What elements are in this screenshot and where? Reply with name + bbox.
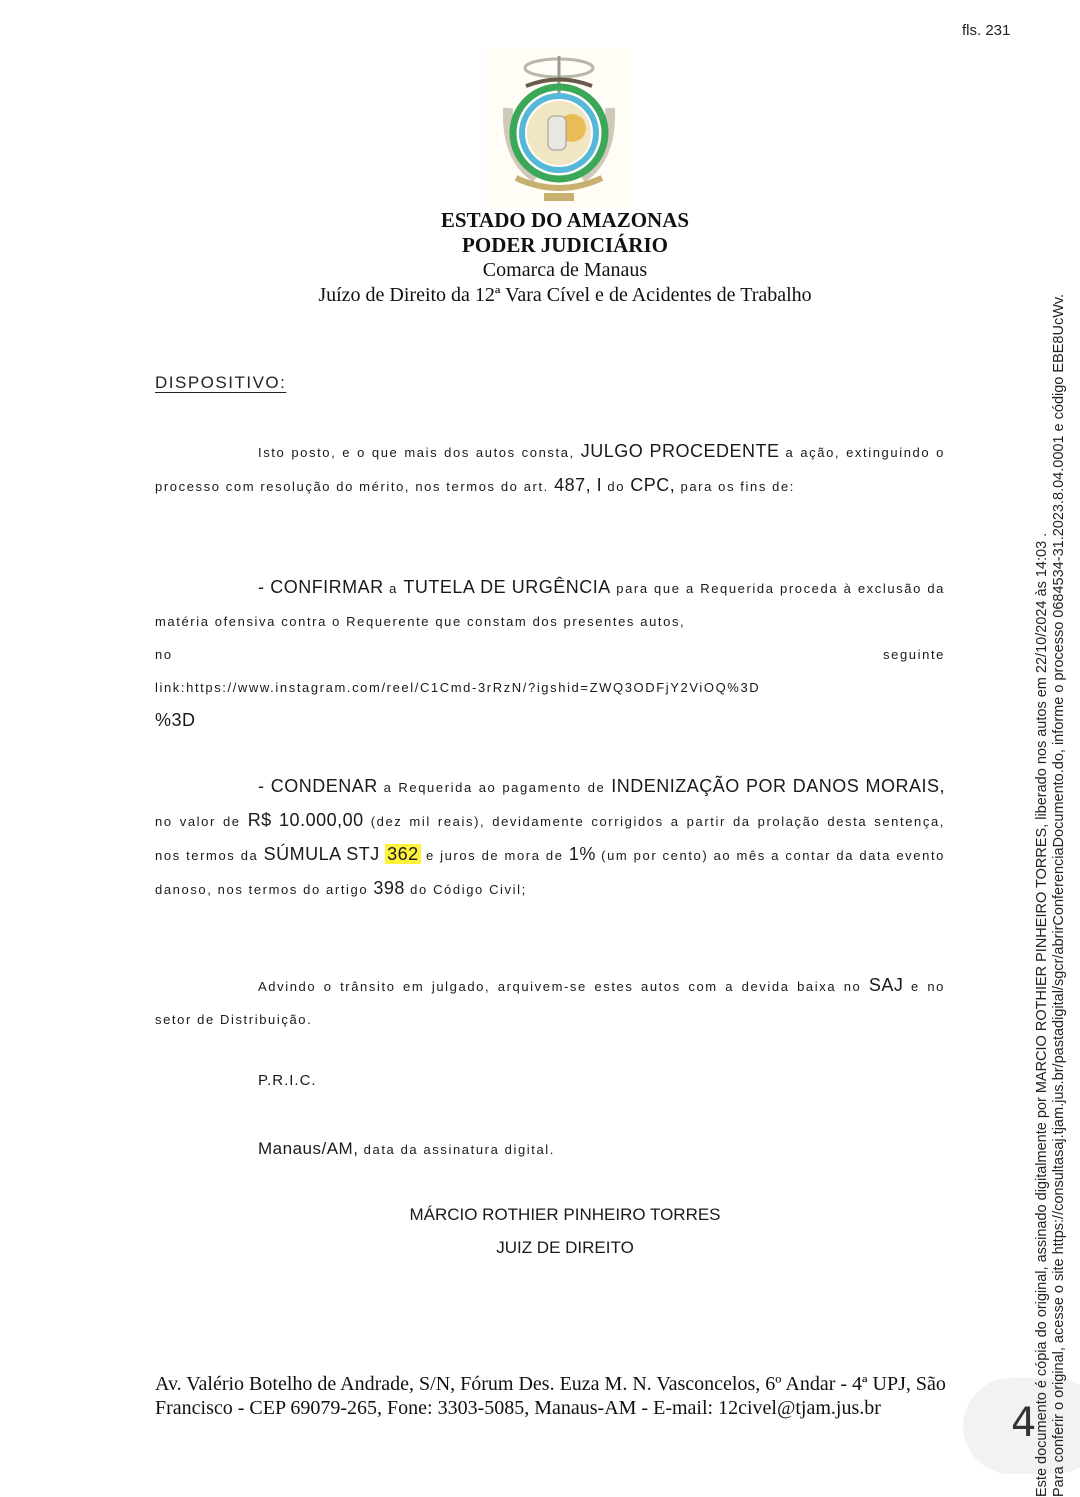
text-emphasis: 398 xyxy=(373,878,405,898)
date-note: data da assinatura digital. xyxy=(364,1142,555,1157)
footer-address: Av. Valério Botelho de Andrade, S/N, Fór… xyxy=(155,1372,955,1420)
text-emphasis: - CONDENAR xyxy=(258,776,378,796)
text: do xyxy=(410,882,428,897)
stamp-line-2: Para conferir o original, acesse o site … xyxy=(1051,294,1068,1497)
judge-role: JUIZ DE DIREITO xyxy=(330,1238,800,1258)
judge-name: MÁRCIO ROTHIER PINHEIRO TORRES xyxy=(330,1205,800,1225)
text: seguinte xyxy=(883,638,945,671)
highlighted-number: 362 xyxy=(385,844,421,864)
district-name: Comarca de Manaus xyxy=(0,258,1080,283)
text: a Requerida ao pagamento de xyxy=(384,780,606,795)
section-title: DISPOSITIVO: xyxy=(155,373,286,393)
page-number: 4 xyxy=(1011,1400,1036,1446)
text-emphasis: 487, I xyxy=(554,475,602,495)
pric-note: P.R.I.C. xyxy=(258,1072,317,1089)
text: Isto posto, e o que mais dos autos const… xyxy=(258,445,575,460)
text-emphasis: 1% xyxy=(569,844,596,864)
link-continuation: %3D xyxy=(155,704,945,737)
paragraph-judgment: Isto posto, e o que mais dos autos const… xyxy=(155,435,945,503)
text: Código Civil; xyxy=(433,882,527,897)
authenticity-stamp: Este documento é cópia do original, assi… xyxy=(1034,294,1068,1497)
city: Manaus/AM, xyxy=(258,1139,358,1158)
text: Advindo o trânsito em julgado, arquivem-… xyxy=(258,979,861,994)
coat-of-arms-icon xyxy=(486,48,632,208)
crest-graphic xyxy=(486,48,632,208)
justified-line: no seguinte xyxy=(155,638,945,671)
branch-name: PODER JUDICIÁRIO xyxy=(0,233,1080,258)
text: no xyxy=(155,638,173,671)
state-name: ESTADO DO AMAZONAS xyxy=(0,208,1080,233)
amount: R$ 10.000,00 xyxy=(248,810,364,830)
text: e juros de mora de xyxy=(426,848,564,863)
paragraph-confirm: - CONFIRMAR a TUTELA DE URGÊNCIA para qu… xyxy=(155,571,945,737)
text: no valor de xyxy=(155,814,241,829)
paragraph-condemn: - CONDENAR a Requerida ao pagamento de I… xyxy=(155,770,945,906)
page-stamp: fls. 231 xyxy=(962,22,1010,39)
text-emphasis: SÚMULA STJ xyxy=(264,844,380,864)
text-emphasis: TUTELA DE URGÊNCIA xyxy=(403,577,610,597)
text: a xyxy=(389,581,398,596)
court-name: Juízo de Direito da 12ª Vara Cível e de … xyxy=(0,283,1080,308)
text-emphasis: INDENIZAÇÃO POR DANOS MORAIS, xyxy=(611,776,945,796)
text-emphasis: JULGO PROCEDENTE xyxy=(581,441,780,461)
text-emphasis: CPC, xyxy=(630,475,675,495)
text-emphasis: - CONFIRMAR xyxy=(258,577,384,597)
paragraph-archive: Advindo o trânsito em julgado, arquivem-… xyxy=(155,969,945,1036)
text-emphasis: SAJ xyxy=(869,975,904,995)
text: do xyxy=(607,479,625,494)
court-header: ESTADO DO AMAZONAS PODER JUDICIÁRIO Coma… xyxy=(0,208,1080,308)
instagram-link[interactable]: link:https://www.instagram.com/reel/C1Cm… xyxy=(155,671,945,704)
stamp-line-1: Este documento é cópia do original, assi… xyxy=(1034,294,1051,1497)
text: para os fins de: xyxy=(681,479,796,494)
place-date: Manaus/AM, data da assinatura digital. xyxy=(258,1139,555,1159)
